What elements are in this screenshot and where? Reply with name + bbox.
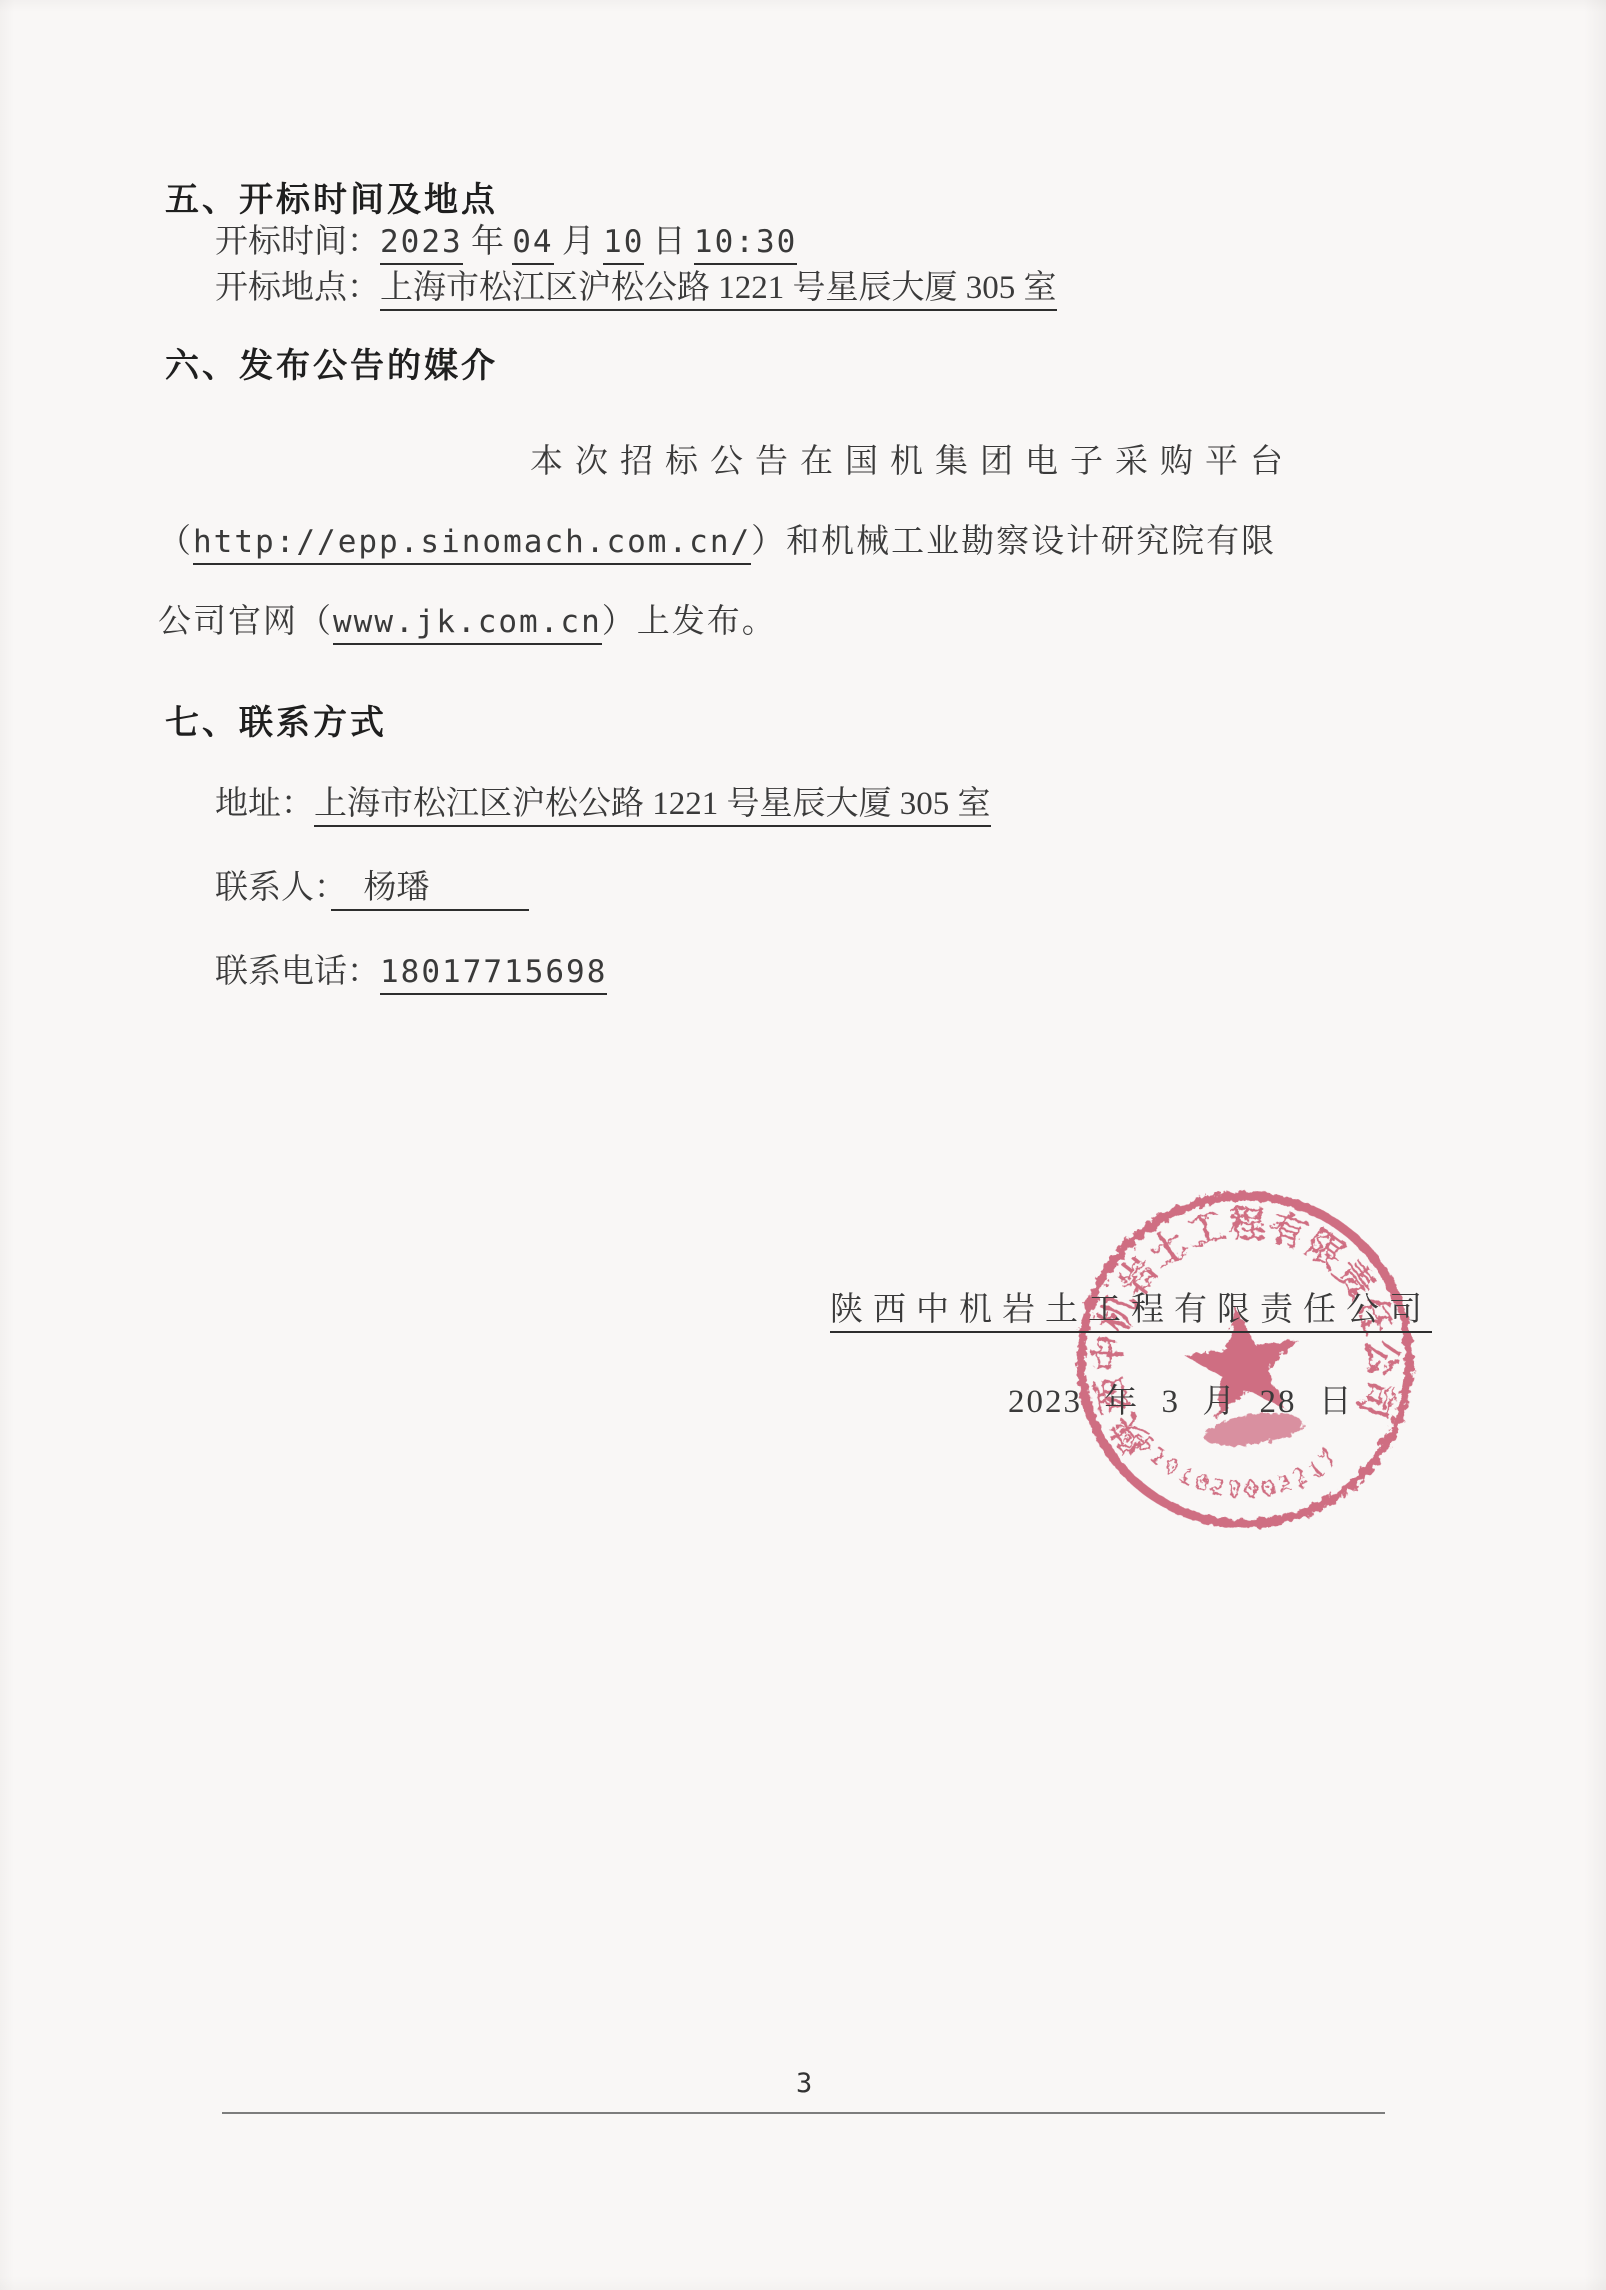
announcement-paragraph-line3: 公司官网（www.jk.com.cn）上发布。 [158, 602, 777, 643]
text-segment: 2023 [380, 224, 463, 265]
text-segment: 10 [603, 224, 644, 265]
text-segment: 年 [463, 224, 513, 260]
bid-place-line: 开标地点：上海市松江区沪松公路 1221 号星辰大厦 305 室 [215, 268, 1057, 309]
bid-time-line: 开标时间：2023 年 04 月 10 日 10:30 [215, 222, 797, 263]
section5-heading: 五、开标时间及地点 [165, 172, 498, 221]
text-segment: 地址： [215, 786, 314, 822]
text-segment: 上海市松江区沪松公路 1221 号星辰大厦 305 室 [380, 270, 1057, 311]
text-segment: 开标时间： [215, 224, 380, 260]
contact-phone-line: 联系电话：18017715698 [215, 952, 607, 993]
contact-person-line: 联系人： 杨璠 [215, 868, 529, 909]
text-segment: ）上发布。 [602, 604, 777, 640]
company-seal-stamp: 陕西中机岩土工程有限责任公司 6101020002217 [1055, 1170, 1435, 1550]
text-segment: （ [158, 524, 193, 560]
text-segment: 日 [644, 224, 694, 260]
text-segment: 18017715698 [380, 954, 607, 995]
section7-heading: 七、联系方式 [165, 695, 387, 744]
text-segment: 联系电话： [215, 954, 380, 990]
text-segment: www.jk.com.cn [333, 604, 602, 645]
text-segment: 04 [512, 224, 553, 265]
text-segment: ）和机械工业勘察设计研究院有限 [751, 524, 1276, 560]
text-segment: 公司官网（ [158, 604, 333, 640]
signature-date: 2023 年 3 月 28 日 [1008, 1382, 1354, 1423]
text-segment: http://epp.sinomach.com.cn/ [193, 524, 751, 565]
address-line: 地址：上海市松江区沪松公路 1221 号星辰大厦 305 室 [215, 784, 991, 825]
text-segment: 杨璠 [331, 870, 529, 911]
text-segment: 月 [554, 224, 604, 260]
signature-company-line: 陕西中机岩土工程有限责任公司 [830, 1290, 1432, 1331]
text-segment: 开标地点： [215, 270, 380, 306]
text-segment: 上海市松江区沪松公路 1221 号星辰大厦 305 室 [314, 786, 991, 827]
announcement-paragraph-line2: （http://epp.sinomach.com.cn/）和机械工业勘察设计研究… [158, 522, 1276, 563]
section6-heading: 六、发布公告的媒介 [165, 338, 498, 387]
text-segment: 陕西中机岩土工程有限责任公司 [830, 1292, 1432, 1333]
text-segment: 10:30 [694, 224, 797, 265]
announcement-paragraph-line1: 本次招标公告在国机集团电子采购平台 [530, 442, 1295, 483]
text-segment: 联系人： [215, 870, 331, 906]
footer-rule [222, 2112, 1385, 2114]
page-number: 3 [796, 2068, 812, 2099]
